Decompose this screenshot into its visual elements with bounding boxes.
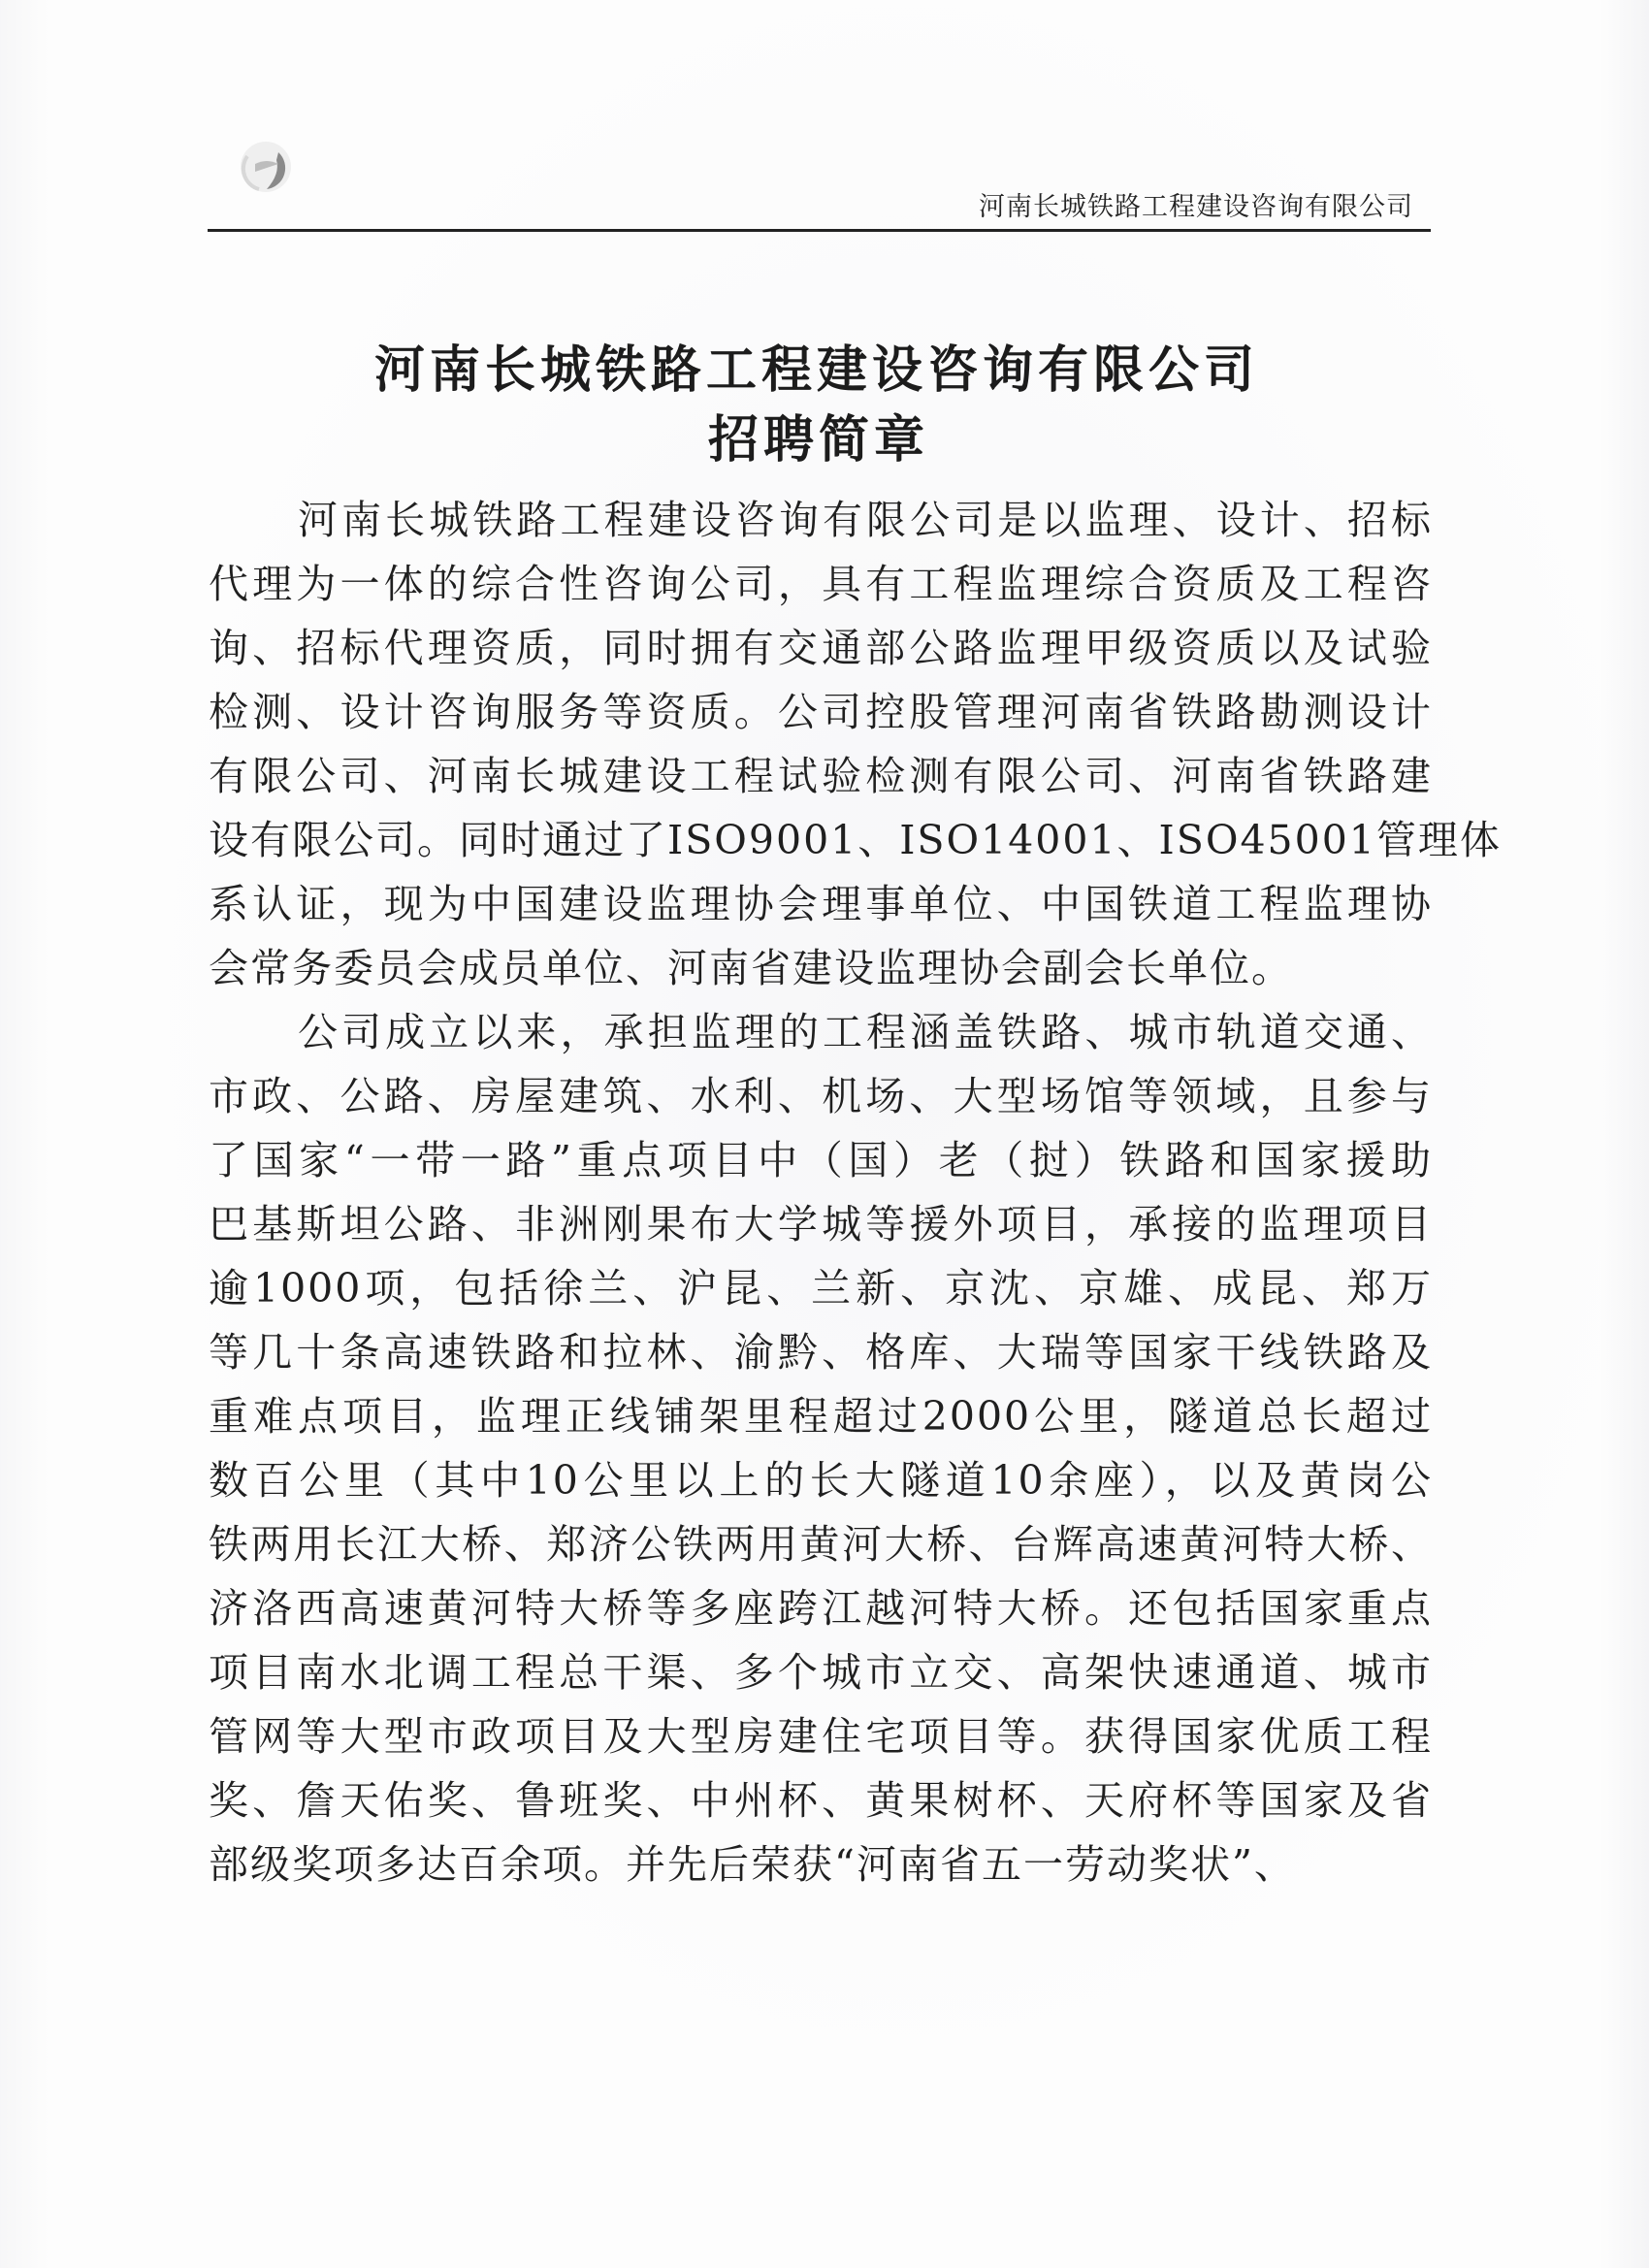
paragraph-line: 询、招标代理资质，同时拥有交通部公路监理甲级资质以及试验: [209, 616, 1433, 680]
paragraph-line: 公司成立以来，承担监理的工程涵盖铁路、城市轨道交通、: [209, 1000, 1433, 1064]
paragraph-line: 济洛西高速黄河特大桥等多座跨江越河特大桥。还包括国家重点: [209, 1576, 1433, 1640]
paragraph-line: 等几十条高速铁路和拉林、渝黔、格库、大瑞等国家干线铁路及: [209, 1320, 1433, 1384]
paragraph-line: 有限公司、河南长城建设工程试验检测有限公司、河南省铁路建: [209, 744, 1433, 808]
paragraph-line: 项目南水北调工程总干渠、多个城市立交、高架快速通道、城市: [209, 1640, 1433, 1704]
paragraph-line: 数百公里（其中10公里以上的长大隧道10余座），以及黄岗公: [209, 1448, 1433, 1512]
document-body: 河南长城铁路工程建设咨询有限公司是以监理、设计、招标 代理为一体的综合性咨询公司…: [209, 488, 1433, 1896]
paragraph-intro: 河南长城铁路工程建设咨询有限公司是以监理、设计、招标 代理为一体的综合性咨询公司…: [209, 488, 1433, 1000]
paragraph-line: 铁两用长江大桥、郑济公铁两用黄河大桥、台辉高速黄河特大桥、: [209, 1512, 1433, 1576]
paragraph-line: 部级奖项多达百余项。并先后荣获“河南省五一劳动奖状”、: [209, 1832, 1433, 1896]
paragraph-line: 巴基斯坦公路、非洲刚果布大学城等援外项目，承接的监理项目: [209, 1192, 1433, 1256]
header-company-name: 河南长城铁路工程建设咨询有限公司: [979, 192, 1413, 223]
paragraph-line: 管网等大型市政项目及大型房建住宅项目等。获得国家优质工程: [209, 1704, 1433, 1768]
paragraph-history: 公司成立以来，承担监理的工程涵盖铁路、城市轨道交通、 市政、公路、房屋建筑、水利…: [209, 1000, 1433, 1896]
paragraph-line: 会常务委员会成员单位、河南省建设监理协会副会长单位。: [209, 936, 1433, 1000]
paragraph-line: 逾1000项，包括徐兰、沪昆、兰新、京沈、京雄、成昆、郑万: [209, 1256, 1433, 1320]
header-divider: [208, 229, 1431, 232]
paragraph-line: 重难点项目，监理正线铺架里程超过2000公里，隧道总长超过: [209, 1384, 1433, 1448]
document-title: 河南长城铁路工程建设咨询有限公司: [0, 341, 1649, 400]
paragraph-line: 检测、设计咨询服务等资质。公司控股管理河南省铁路勘测设计: [209, 680, 1433, 744]
paragraph-line: 代理为一体的综合性咨询公司，具有工程监理综合资质及工程咨: [209, 552, 1433, 616]
paragraph-line: 设有限公司。同时通过了ISO9001、ISO14001、ISO45001管理体: [209, 808, 1433, 872]
paragraph-line: 系认证，现为中国建设监理协会理事单位、中国铁道工程监理协: [209, 872, 1433, 936]
document-subtitle: 招聘简章: [0, 411, 1649, 470]
paragraph-line: 市政、公路、房屋建筑、水利、机场、大型场馆等领域，且参与: [209, 1064, 1433, 1128]
company-logo-icon: [238, 139, 294, 195]
paragraph-line: 了国家“一带一路”重点项目中（国）老（挝）铁路和国家援助: [209, 1128, 1433, 1192]
paragraph-line: 河南长城铁路工程建设咨询有限公司是以监理、设计、招标: [209, 488, 1433, 552]
paragraph-line: 奖、詹天佑奖、鲁班奖、中州杯、黄果树杯、天府杯等国家及省: [209, 1768, 1433, 1832]
